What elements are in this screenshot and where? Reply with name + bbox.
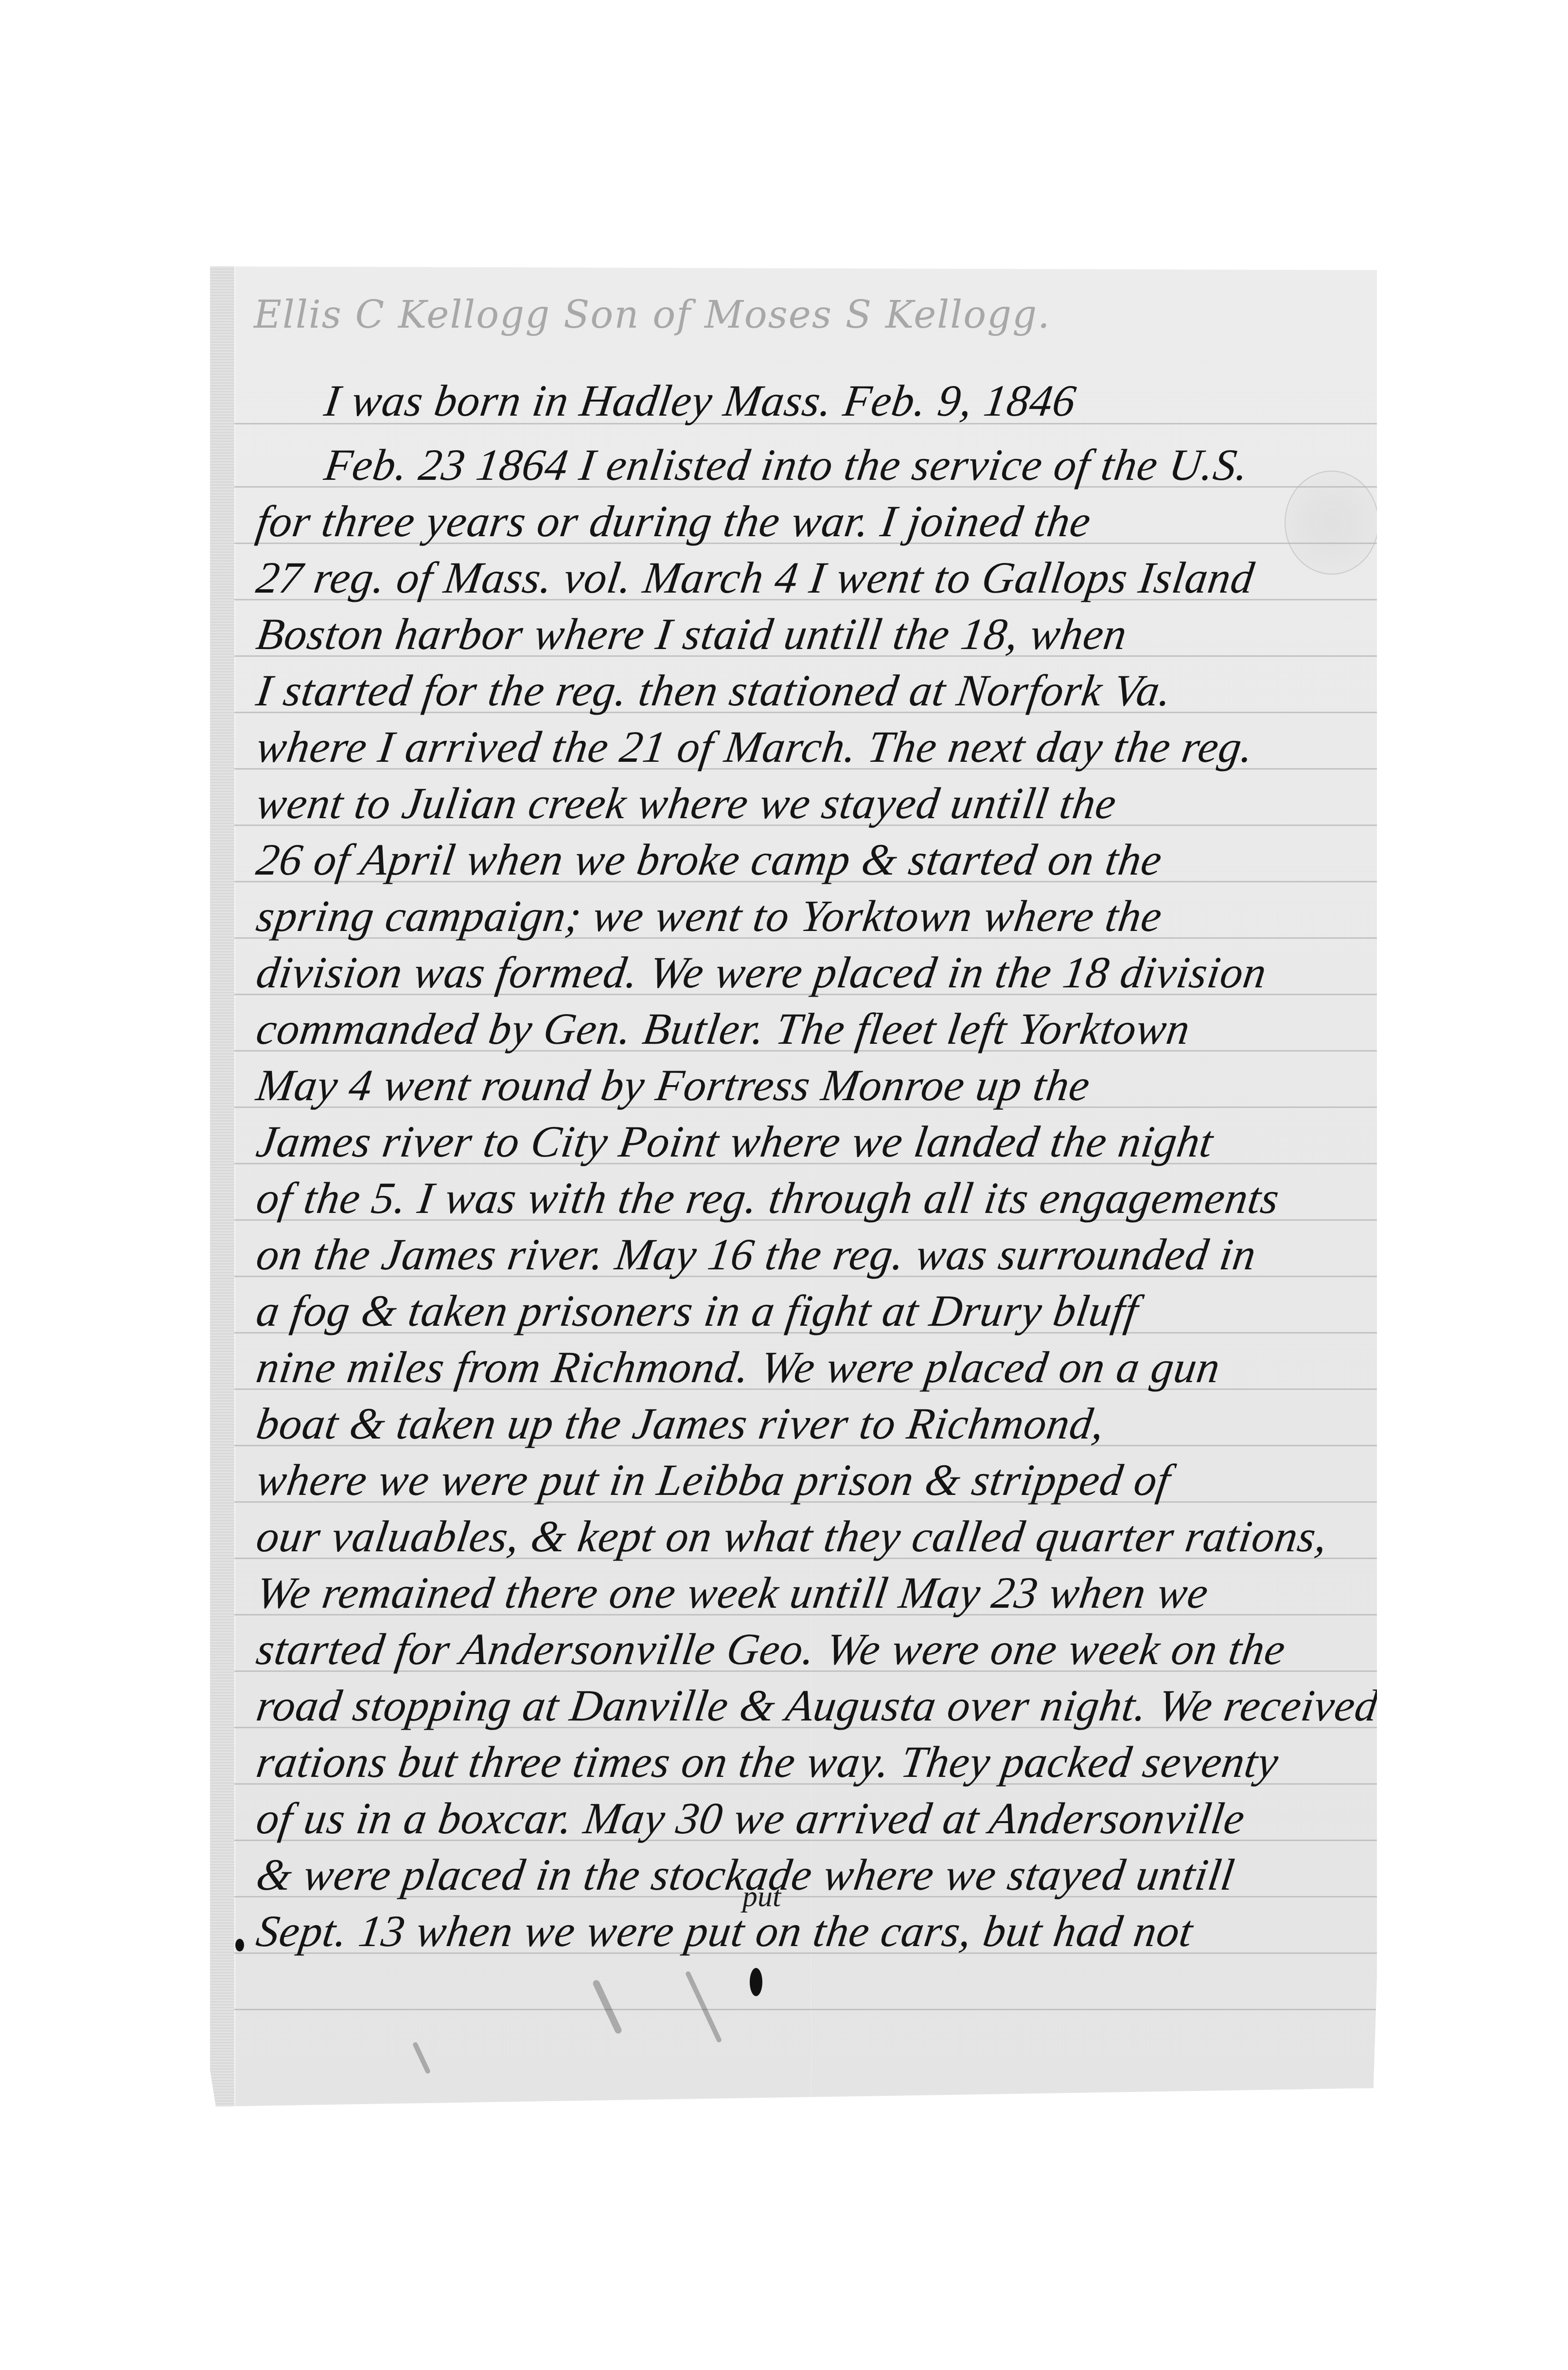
handwritten-line: Feb. 23 1864 I enlisted into the service… — [322, 442, 1359, 487]
handwritten-line: of the 5. I was with the reg. through al… — [254, 1176, 1359, 1220]
handwritten-line: our valuables, & kept on what they calle… — [254, 1514, 1359, 1559]
handwritten-line: boat & taken up the James river to Richm… — [254, 1401, 1359, 1446]
handwritten-line: James river to City Point where we lande… — [254, 1119, 1359, 1164]
handwritten-line: went to Julian creek where we stayed unt… — [254, 781, 1359, 825]
ink-blot — [750, 1968, 762, 1996]
ink-blot — [235, 1939, 244, 1951]
handwritten-line: & were placed in the stockade where we s… — [254, 1852, 1359, 1897]
handwritten-line: division was formed. We were placed in t… — [254, 950, 1359, 995]
handwritten-line: on the James river. May 16 the reg. was … — [254, 1232, 1359, 1277]
handwritten-line: Sept. 13 when we were put on the cars, b… — [254, 1909, 1359, 1953]
handwritten-line: started for Andersonville Geo. We were o… — [254, 1627, 1359, 1671]
ink-smudge — [412, 2041, 431, 2074]
ink-smudge — [592, 1979, 622, 2035]
pencil-header-note: Ellis C Kellogg Son of Moses S Kellogg. — [254, 293, 1051, 337]
handwritten-line: May 4 went round by Fortress Monroe up t… — [254, 1063, 1359, 1107]
handwritten-line: I was born in Hadley Mass. Feb. 9, 1846 — [322, 378, 1359, 423]
handwritten-line: spring campaign; we went to Yorktown whe… — [254, 894, 1359, 938]
torn-binding-edge — [210, 266, 235, 2107]
handwritten-line: 26 of April when we broke camp & started… — [254, 837, 1359, 882]
handwritten-line: nine miles from Richmond. We were placed… — [254, 1345, 1359, 1389]
interlinear-insertion: put — [742, 1879, 781, 1914]
handwritten-line: where I arrived the 21 of March. The nex… — [254, 724, 1359, 769]
handwritten-line: I started for the reg. then stationed at… — [254, 668, 1359, 713]
ruled-line — [234, 2009, 1377, 2010]
handwritten-line: a fog & taken prisoners in a fight at Dr… — [254, 1288, 1359, 1333]
document-page: Ellis C Kellogg Son of Moses S Kellogg. … — [210, 266, 1377, 2107]
handwritten-line: of us in a boxcar. May 30 we arrived at … — [254, 1796, 1359, 1841]
handwritten-line: rations but three times on the way. They… — [254, 1739, 1359, 1784]
handwritten-line: Boston harbor where I staid untill the 1… — [254, 612, 1359, 656]
handwritten-line: where we were put in Leibba prison & str… — [254, 1457, 1359, 1502]
handwritten-line: for three years or during the war. I joi… — [254, 499, 1359, 544]
handwritten-line: 27 reg. of Mass. vol. March 4 I went to … — [254, 555, 1359, 600]
handwritten-line: commanded by Gen. Butler. The fleet left… — [254, 1006, 1359, 1051]
ink-smudge — [685, 1970, 722, 2043]
handwritten-line: road stopping at Danville & Augusta over… — [254, 1683, 1359, 1728]
handwritten-line: We remained there one week untill May 23… — [254, 1570, 1359, 1615]
